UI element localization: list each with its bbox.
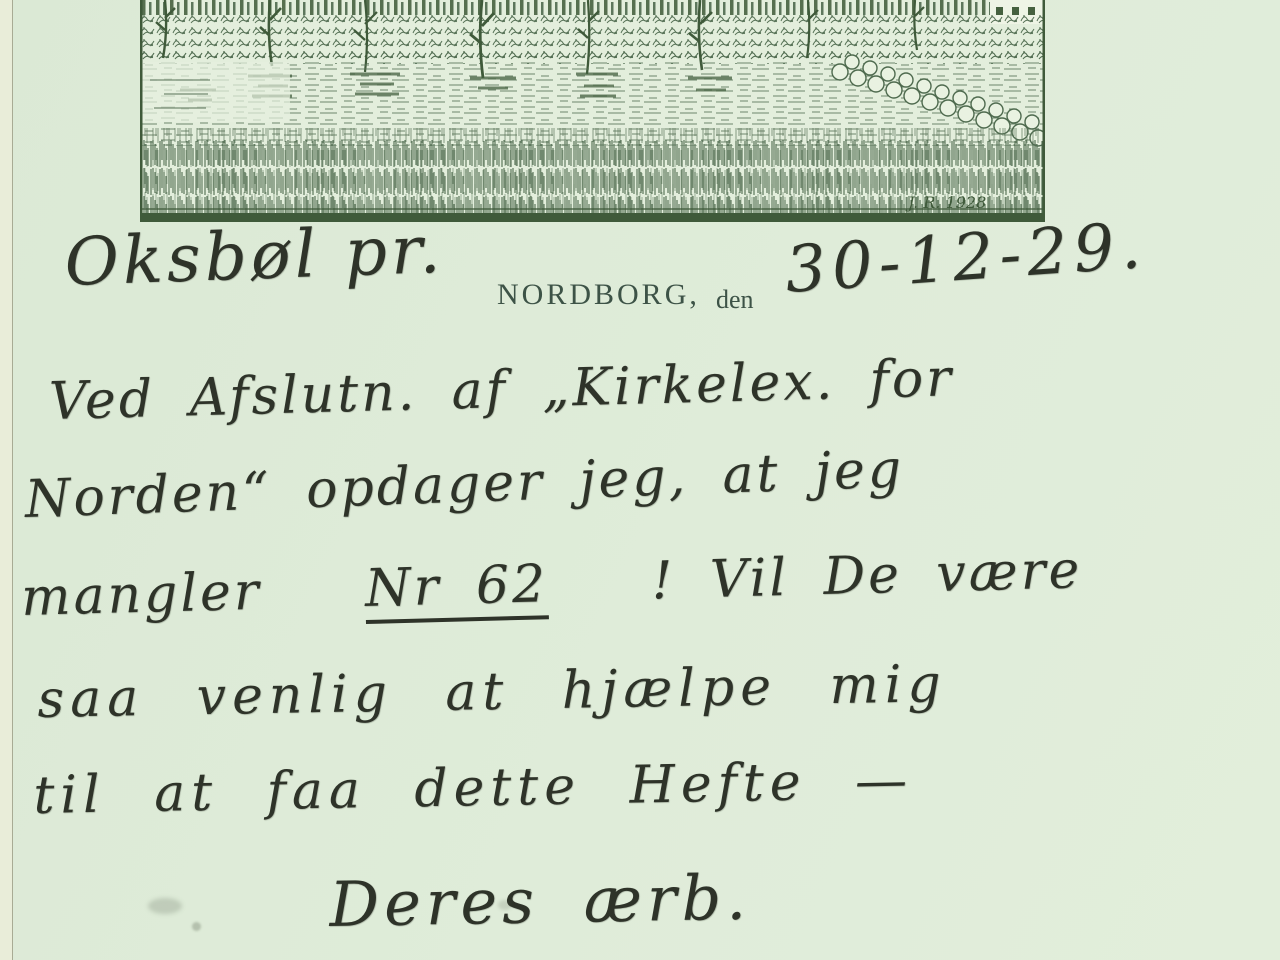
ink-smudge	[148, 898, 182, 914]
ink-smudge	[192, 922, 201, 931]
message-line-4: saa venlig at hjælpe mig	[37, 654, 947, 730]
message-line-3-suffix: ! Vil De være	[651, 540, 1083, 611]
postcard-etching: J. R. 1928	[140, 0, 1045, 222]
etching-hedge-band	[140, 12, 1045, 64]
message-line-2: Norden“ opdager jeg, at jeg	[24, 439, 905, 530]
message-line-3: mangler Nr 62 ! Vil De være	[20, 540, 1083, 628]
handwritten-date: 30-12-29.	[783, 209, 1149, 308]
message-line-3-underlined-number: Nr 62	[364, 554, 549, 624]
ink-smudge	[498, 900, 512, 910]
message-closing: Deres ærb.	[329, 861, 752, 941]
printed-den-label: den	[716, 285, 754, 315]
printed-place-label: NORDBORG,	[497, 278, 700, 312]
message-line-5: til at faa dette Hefte —	[33, 751, 914, 826]
scan-edge	[0, 0, 13, 960]
etching-svg: J. R. 1928	[140, 0, 1045, 222]
message-line-3-prefix: mangler	[20, 562, 262, 628]
message-line-1: Ved Afslutn. af „Kirkelex. for	[48, 348, 954, 432]
handwritten-place: Oksbøl pr.	[63, 211, 445, 301]
